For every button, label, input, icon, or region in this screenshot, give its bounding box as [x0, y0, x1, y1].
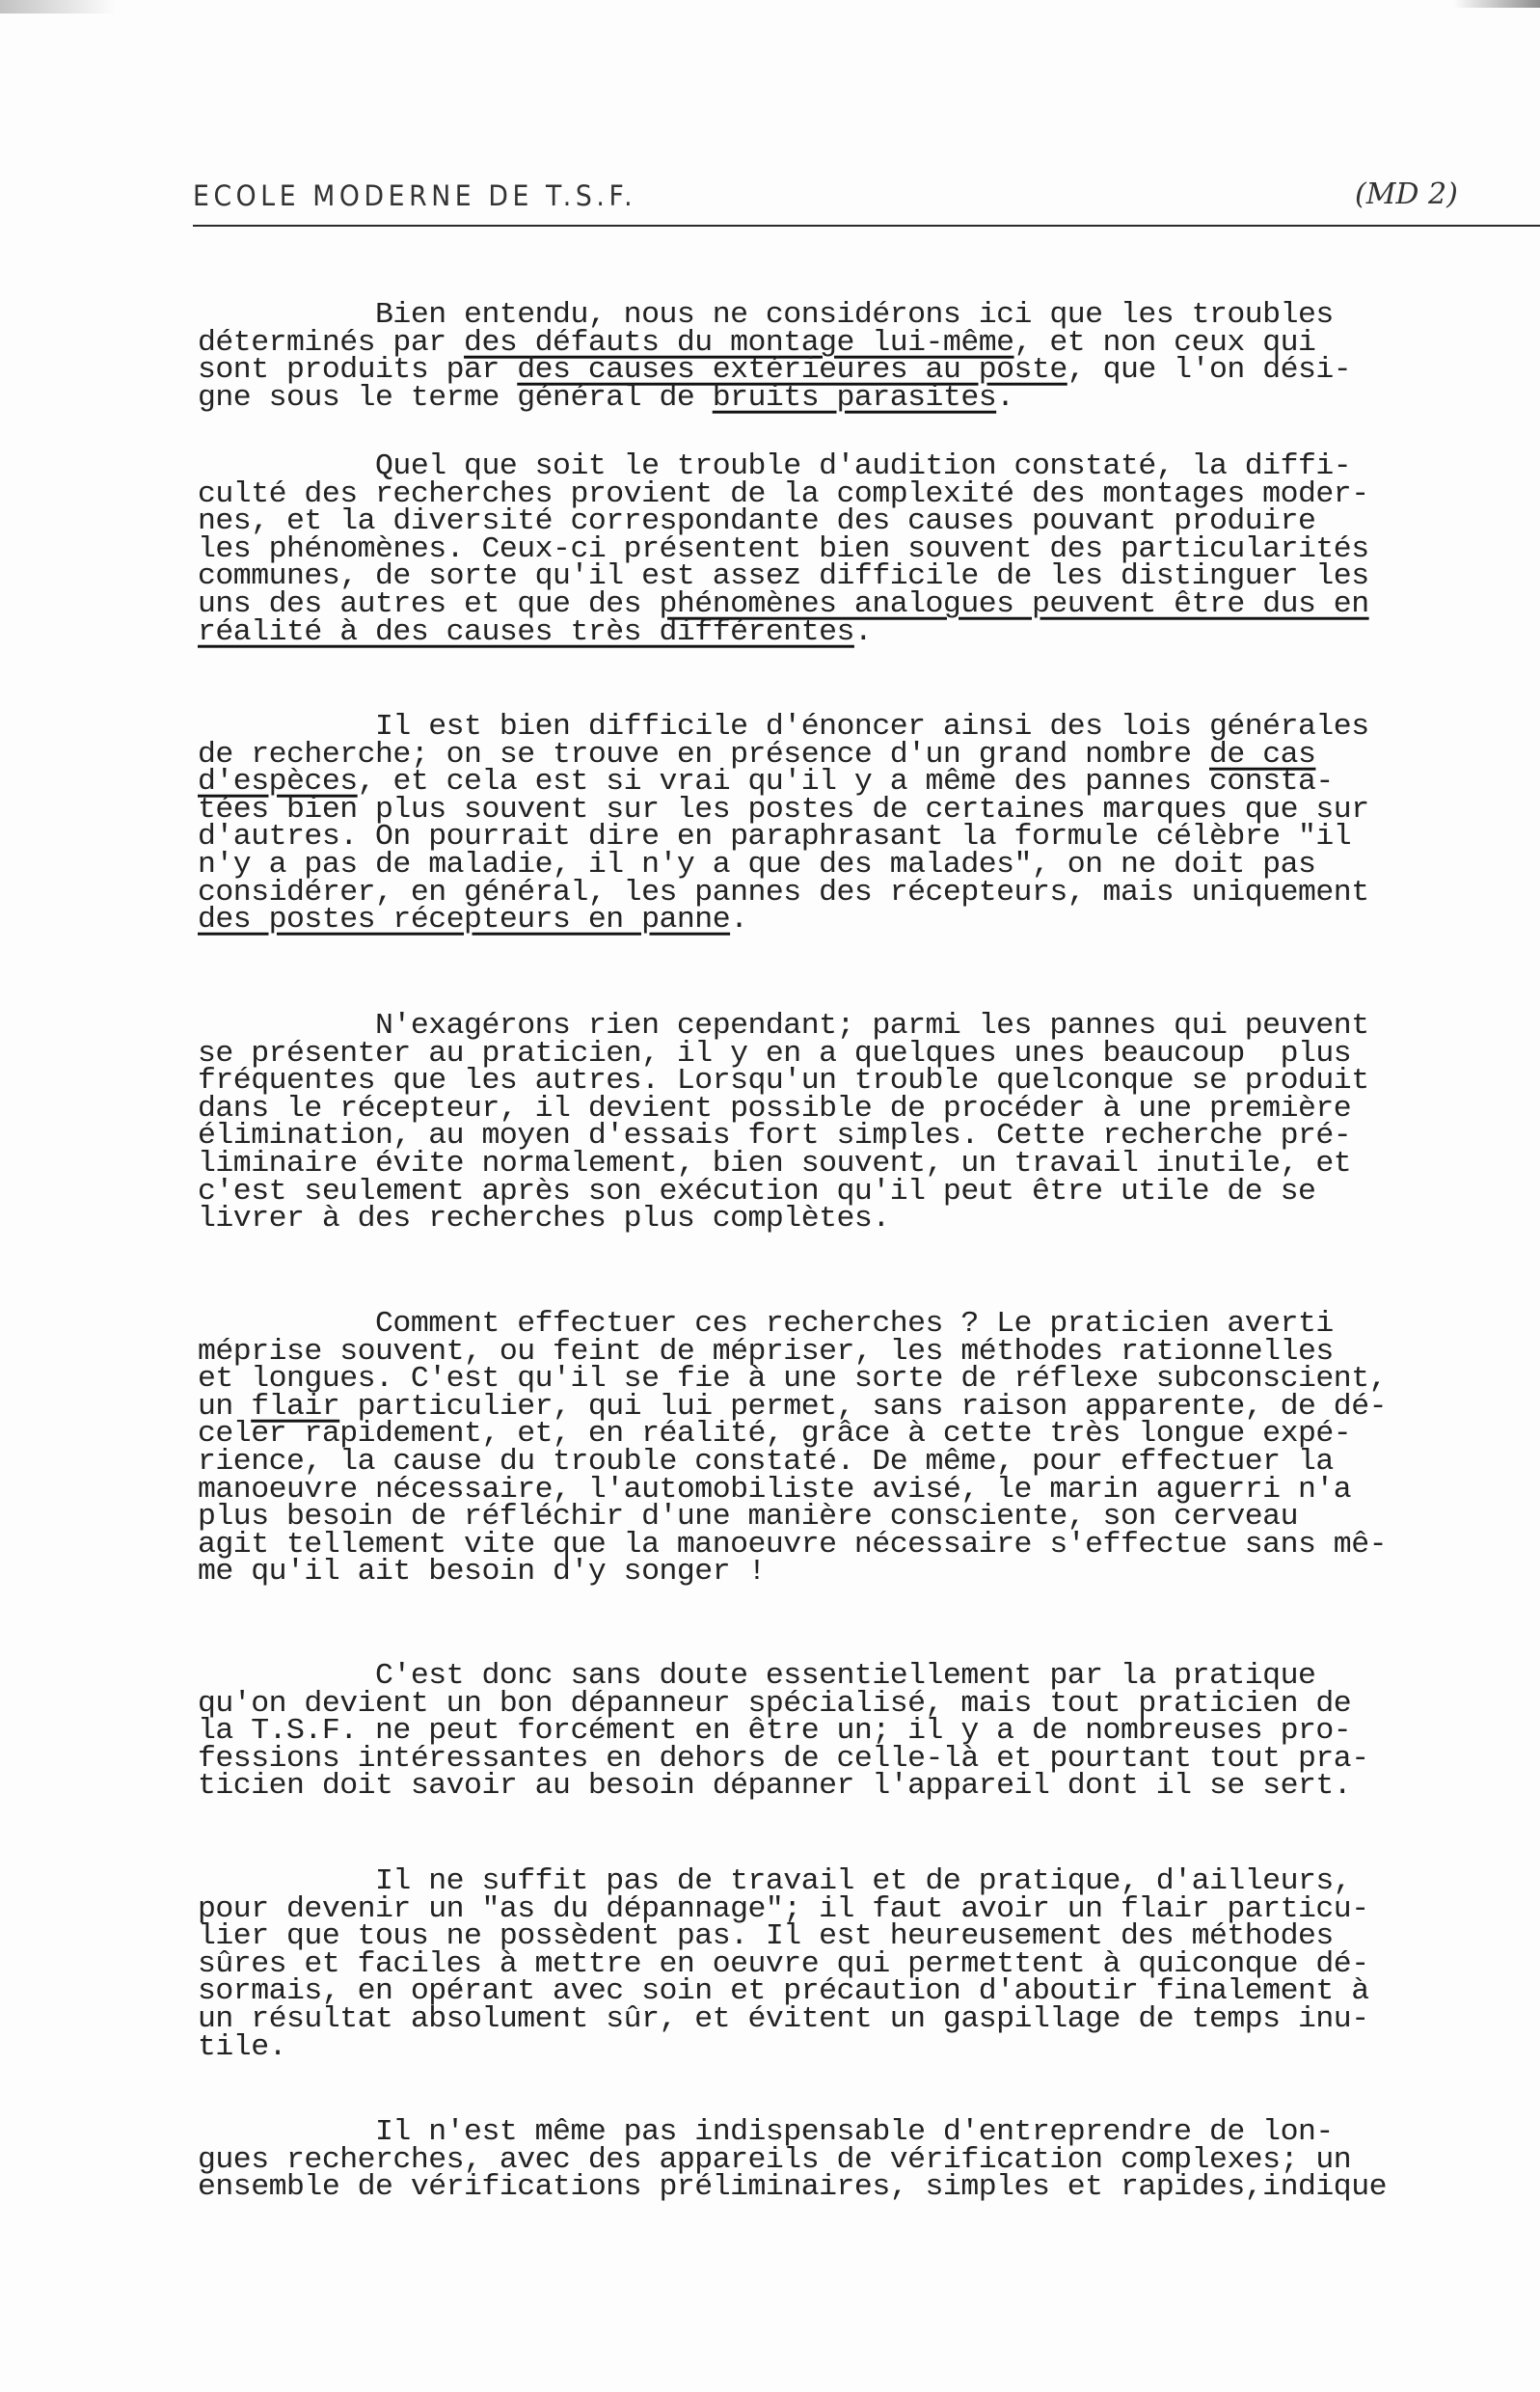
text-line: fréquentes que les autres. Lorsqu'un tro… [198, 1068, 1413, 1095]
text-segment: ticien doit savoir au besoin dépanner l'… [198, 1770, 1351, 1803]
text-line: uns des autres et que des phénomènes ana… [198, 591, 1413, 618]
header-title: ECOLE MODERNE DE T.S.F. [193, 179, 636, 212]
text-line: n'y a pas de maladie, il n'y a que des m… [198, 852, 1413, 879]
text-segment: . [730, 904, 747, 937]
text-line: livrer à des recherches plus complètes. [198, 1206, 1413, 1233]
paragraph: N'exagérons rien cependant; parmi les pa… [198, 1013, 1413, 1234]
text-line: ticien doit savoir au besoin dépanner l'… [198, 1774, 1413, 1801]
text-line: des postes récepteurs en panne. [198, 907, 1413, 934]
paragraph: Il ne suffit pas de travail et de pratiq… [198, 1868, 1413, 2061]
text-line: lier que tous ne possèdent pas. Il est h… [198, 1923, 1413, 1950]
text-segment: gne sous le terme général de [198, 381, 713, 414]
text-line: nes, et la diversité correspondante des … [198, 508, 1413, 535]
text-line: Comment effectuer ces recherches ? Le pr… [198, 1311, 1413, 1338]
text-segment: livrer à des recherches plus complètes. [198, 1203, 890, 1236]
scan-artifact [0, 0, 116, 14]
text-line: ensemble de vérifications préliminaires,… [198, 2174, 1413, 2201]
text-line: et longues. C'est qu'il se fie à une sor… [198, 1366, 1413, 1393]
text-line: Bien entendu, nous ne considérons ici qu… [198, 302, 1413, 329]
text-line: C'est donc sans doute essentiellement pa… [198, 1663, 1413, 1690]
underlined-phrase: bruits parasites [713, 381, 996, 414]
text-line: tile. [198, 2034, 1413, 2061]
text-line: Il est bien difficile d'énoncer ainsi de… [198, 714, 1413, 741]
text-segment: , que l'on dési- [1067, 354, 1351, 387]
text-segment: tile. [198, 2030, 286, 2063]
text-segment: . [854, 615, 872, 648]
paragraph: Comment effectuer ces recherches ? Le pr… [198, 1311, 1413, 1587]
paragraph: Il n'est même pas indispensable d'entrep… [198, 2119, 1413, 2202]
text-line: liminaire évite normalement, bien souven… [198, 1151, 1413, 1178]
paragraph: Quel que soit le trouble d'audition cons… [198, 453, 1413, 646]
text-line: plus besoin de réfléchir d'une manière c… [198, 1504, 1413, 1531]
text-line: sont produits par des causes extérieures… [198, 357, 1413, 384]
text-line: gne sous le terme général de bruits para… [198, 385, 1413, 412]
text-line: Il ne suffit pas de travail et de pratiq… [198, 1868, 1413, 1895]
document-page: ECOLE MODERNE DE T.S.F. (MD 2) Bien ente… [0, 0, 1540, 2392]
text-line: d'espèces, et cela est si vrai qu'il y a… [198, 769, 1413, 796]
text-line: un résultat absolument sûr, et évitent u… [198, 2006, 1413, 2033]
page-code: (MD 2) [1355, 177, 1458, 211]
text-line: la T.S.F. ne peut forcément en être un; … [198, 1718, 1413, 1745]
text-segment: un résultat absolument sûr, et évitent u… [198, 2002, 1369, 2035]
header-divider [193, 225, 1540, 227]
underlined-phrase: réalité à des causes très différentes [198, 615, 854, 648]
text-segment: . [996, 381, 1013, 414]
underlined-phrase: des postes récepteurs en panne [198, 904, 730, 937]
text-line: Il n'est même pas indispensable d'entrep… [198, 2119, 1413, 2146]
text-line: N'exagérons rien cependant; parmi les pa… [198, 1013, 1413, 1040]
paragraph: C'est donc sans doute essentiellement pa… [198, 1663, 1413, 1801]
scan-artifact [1453, 0, 1540, 8]
text-line: me qu'il ait besoin d'y songer ! [198, 1560, 1413, 1587]
text-line: Quel que soit le trouble d'audition cons… [198, 453, 1413, 480]
text-line: réalité à des causes très différentes. [198, 619, 1413, 646]
text-line: rience, la cause du trouble constaté. De… [198, 1449, 1413, 1476]
text-segment: ensemble de vérifications préliminaires,… [198, 2171, 1387, 2204]
paragraph: Il est bien difficile d'énoncer ainsi de… [198, 714, 1413, 935]
text-segment: me qu'il ait besoin d'y songer ! [198, 1556, 766, 1589]
paragraph: Bien entendu, nous ne considérons ici qu… [198, 302, 1413, 412]
